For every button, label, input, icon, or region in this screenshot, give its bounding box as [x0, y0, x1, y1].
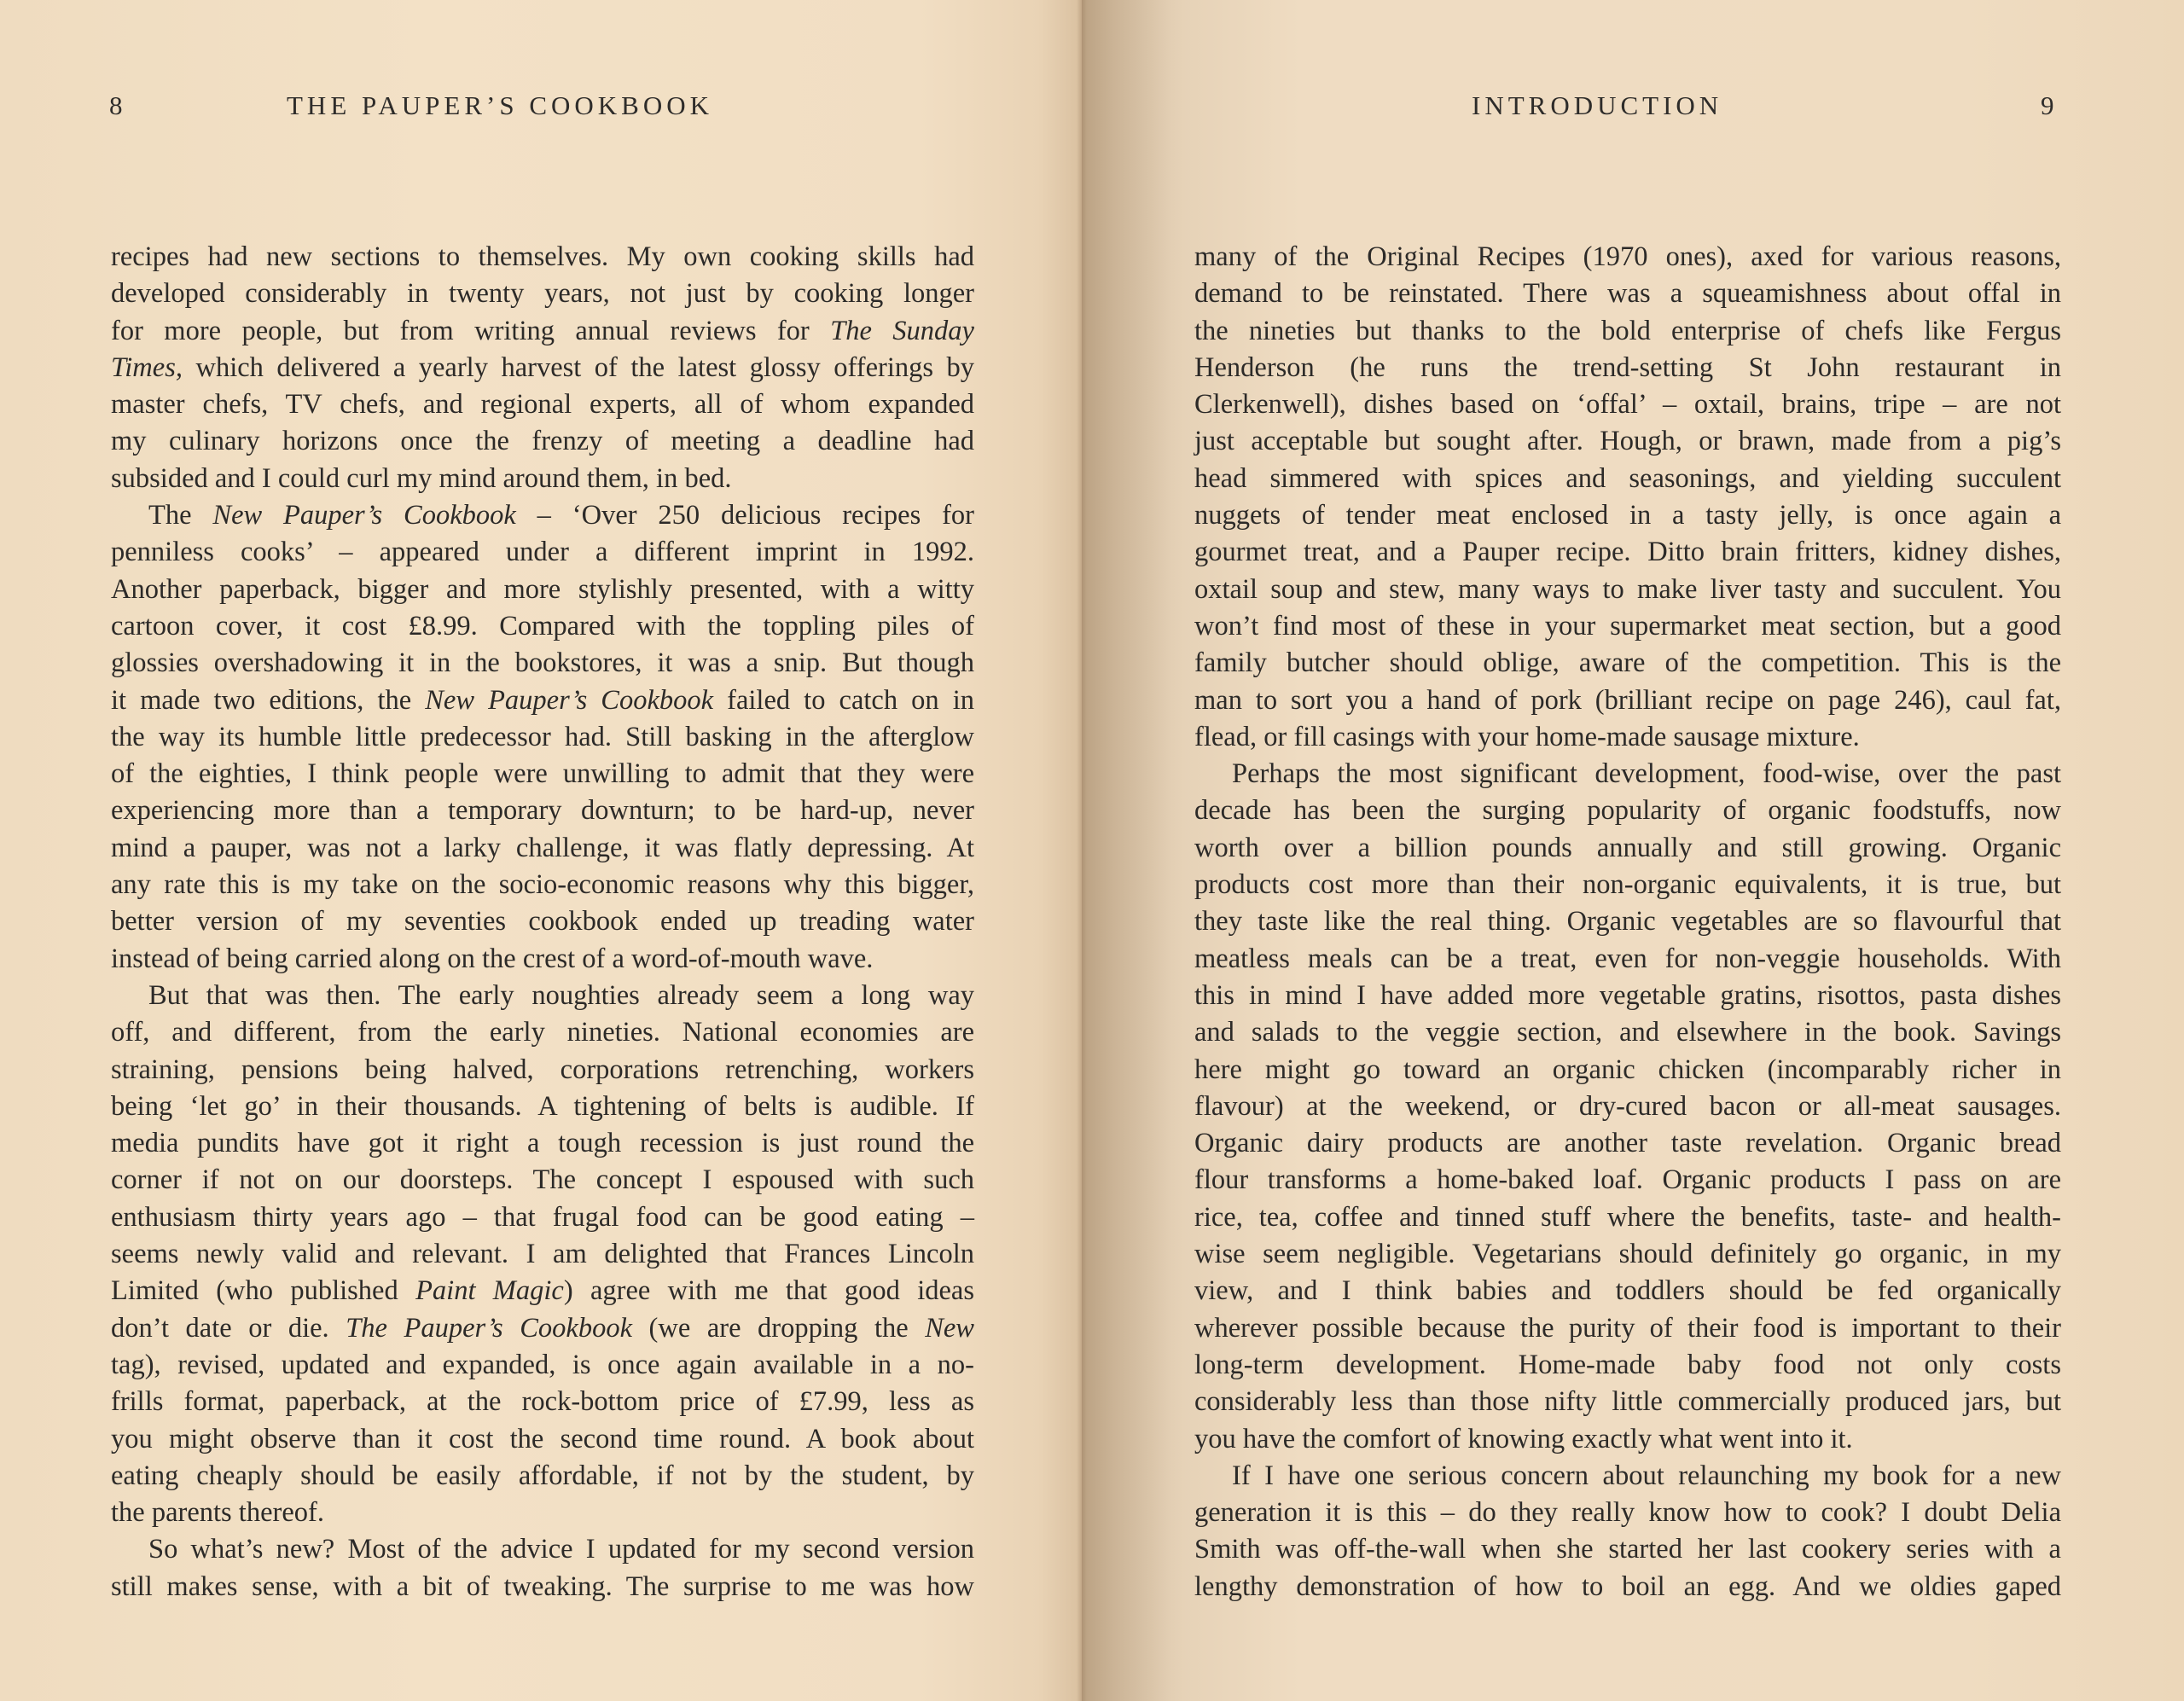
text-run: any rate this is my take on the socio-ec…: [111, 869, 974, 900]
text-line: many of the Original Recipes (1970 ones)…: [1194, 239, 2061, 276]
text-run: wherever possible because the purity of …: [1194, 1313, 2061, 1344]
text-line: generation it is this – do they really k…: [1194, 1495, 2061, 1531]
text-run: you have the comfort of knowing exactly …: [1194, 1424, 1853, 1454]
text-line: products cost more than their non-organi…: [1194, 867, 2061, 903]
italic-title: New Pauper’s Cookbook: [425, 685, 713, 716]
text-line: view, and I think babies and toddlers sh…: [1194, 1273, 2061, 1309]
text-line: it made two editions, the New Pauper’s C…: [111, 682, 974, 719]
text-run: still makes sense, with a bit of tweakin…: [111, 1571, 974, 1602]
running-head-left: THE PAUPER’S COOKBOOK: [287, 89, 713, 123]
italic-title: Times,: [111, 352, 183, 383]
text-run: (we are dropping the: [632, 1313, 925, 1344]
text-run: decade has been the surging popularity o…: [1194, 795, 2061, 826]
text-run: it made two editions, the: [111, 685, 425, 716]
text-line: corner if not on our doorsteps. The conc…: [111, 1162, 974, 1199]
text-run: of the eighties, I think people were unw…: [111, 758, 974, 789]
text-run: for more people, but from writing annual…: [111, 316, 830, 346]
text-run: won’t find most of these in your superma…: [1194, 611, 2061, 642]
text-line: flavour) at the weekend, or dry-cured ba…: [1194, 1089, 2061, 1125]
text-line: off, and different, from the early ninet…: [111, 1014, 974, 1051]
text-run: mind a pauper, was not a larky challenge…: [111, 833, 974, 863]
text-run: here might go toward an organic chicken …: [1194, 1054, 2061, 1085]
text-line: cartoon cover, it cost £8.99. Compared w…: [111, 608, 974, 645]
left-page: 8 THE PAUPER’S COOKBOOK recipes had new …: [0, 0, 1082, 1701]
text-run: this in mind I have added more vegetable…: [1194, 980, 2061, 1011]
text-run: better version of my seventies cookbook …: [111, 906, 974, 937]
italic-title: Paint Magic: [415, 1275, 564, 1306]
text-run: worth over a billion pounds annually and…: [1194, 833, 2061, 863]
text-line: family butcher should oblige, aware of t…: [1194, 645, 2061, 682]
text-line: the parents thereof.: [111, 1495, 974, 1531]
text-run: wise seem negligible. Vegetarians should…: [1194, 1239, 2061, 1269]
text-line: wise seem negligible. Vegetarians should…: [1194, 1236, 2061, 1273]
text-run: off, and different, from the early ninet…: [111, 1017, 974, 1048]
text-line: long-term development. Home-made baby fo…: [1194, 1347, 2061, 1384]
text-line: won’t find most of these in your superma…: [1194, 608, 2061, 645]
text-line: tag), revised, updated and expanded, is …: [111, 1347, 974, 1384]
text-line: But that was then. The early noughties a…: [111, 978, 974, 1014]
text-line: you have the comfort of knowing exactly …: [1194, 1421, 2061, 1458]
text-run: Limited (who published: [111, 1275, 415, 1306]
text-line: Henderson (he runs the trend-setting St …: [1194, 350, 2061, 386]
text-run: If I have one serious concern about rela…: [1232, 1460, 2061, 1491]
text-run: experiencing more than a temporary downt…: [111, 795, 974, 826]
text-line: of the eighties, I think people were unw…: [111, 756, 974, 792]
text-line: frills format, paperback, at the rock-bo…: [111, 1384, 974, 1420]
text-line: Perhaps the most significant development…: [1194, 756, 2061, 792]
text-run: the way its humble little predecessor ha…: [111, 722, 974, 752]
text-run: the parents thereof.: [111, 1497, 324, 1528]
text-run: enthusiasm thirty years ago – that fruga…: [111, 1202, 974, 1233]
text-line: Smith was off-the-wall when she started …: [1194, 1531, 2061, 1568]
text-line: Limited (who published Paint Magic) agre…: [111, 1273, 974, 1309]
text-line: my culinary horizons once the frenzy of …: [111, 423, 974, 460]
left-page-body: recipes had new sections to themselves. …: [111, 239, 974, 1605]
text-line: meatless meals can be a treat, even for …: [1194, 941, 2061, 978]
text-run: master chefs, TV chefs, and regional exp…: [111, 389, 974, 420]
text-line: flead, or fill casings with your home-ma…: [1194, 719, 2061, 756]
text-run: you might observe than it cost the secon…: [111, 1424, 974, 1454]
text-run: long-term development. Home-made baby fo…: [1194, 1350, 2061, 1380]
text-line: lengthy demonstration of how to boil an …: [1194, 1569, 2061, 1605]
text-run: Organic dairy products are another taste…: [1194, 1128, 2061, 1158]
text-line: the nineties but thanks to the bold ente…: [1194, 313, 2061, 350]
text-run: head simmered with spices and seasonings…: [1194, 463, 2061, 494]
text-run: instead of being carried along on the cr…: [111, 943, 873, 974]
text-line: worth over a billion pounds annually and…: [1194, 830, 2061, 867]
text-line: considerably less than those nifty littl…: [1194, 1384, 2061, 1420]
text-line: So what’s new? Most of the advice I upda…: [111, 1531, 974, 1568]
text-run: being ‘let go’ in their thousands. A tig…: [111, 1091, 974, 1122]
text-line: wherever possible because the purity of …: [1194, 1310, 2061, 1347]
text-run: glossies overshadowing it in the booksto…: [111, 647, 974, 678]
book-gutter: [1077, 0, 1087, 1701]
text-run: Perhaps the most significant development…: [1232, 758, 2061, 789]
text-line: glossies overshadowing it in the booksto…: [111, 645, 974, 682]
text-run: man to sort you a hand of pork (brillian…: [1194, 685, 2061, 716]
text-line: enthusiasm thirty years ago – that fruga…: [111, 1199, 974, 1236]
text-line: decade has been the surging popularity o…: [1194, 792, 2061, 829]
italic-title: New: [925, 1313, 974, 1344]
text-line: mind a pauper, was not a larky challenge…: [111, 830, 974, 867]
text-run: demand to be reinstated. There was a squ…: [1194, 278, 2061, 309]
text-line: eating cheaply should be easily affordab…: [111, 1458, 974, 1495]
text-run: the nineties but thanks to the bold ente…: [1194, 316, 2061, 346]
text-run: family butcher should oblige, aware of t…: [1194, 647, 2061, 678]
text-run: tag), revised, updated and expanded, is …: [111, 1350, 974, 1380]
text-line: seems newly valid and relevant. I am del…: [111, 1236, 974, 1273]
text-line: recipes had new sections to themselves. …: [111, 239, 974, 276]
running-head-right: INTRODUCTION: [1472, 89, 1722, 123]
text-run: nuggets of tender meat enclosed in a tas…: [1194, 500, 2061, 531]
text-run: lengthy demonstration of how to boil an …: [1194, 1571, 2061, 1602]
text-run: meatless meals can be a treat, even for …: [1194, 943, 2061, 974]
text-run: The: [148, 500, 212, 531]
text-run: developed considerably in twenty years, …: [111, 278, 974, 309]
text-line: demand to be reinstated. There was a squ…: [1194, 276, 2061, 312]
text-line: this in mind I have added more vegetable…: [1194, 978, 2061, 1014]
text-line: any rate this is my take on the socio-ec…: [111, 867, 974, 903]
text-run: ) agree with me that good ideas: [564, 1275, 974, 1306]
italic-title: The Pauper’s Cookbook: [346, 1313, 632, 1344]
text-run: Clerkenwell), dishes based on ‘offal’ – …: [1194, 389, 2061, 420]
book-spread: 8 THE PAUPER’S COOKBOOK recipes had new …: [0, 0, 2184, 1701]
text-line: Times, which delivered a yearly harvest …: [111, 350, 974, 386]
text-run: generation it is this – do they really k…: [1194, 1497, 2061, 1528]
text-run: corner if not on our doorsteps. The conc…: [111, 1164, 974, 1195]
text-line: Another paperback, bigger and more styli…: [111, 572, 974, 608]
page-number-left: 8: [109, 89, 123, 123]
text-run: rice, tea, coffee and tinned stuff where…: [1194, 1202, 2061, 1233]
text-line: man to sort you a hand of pork (brillian…: [1194, 682, 2061, 719]
text-run: don’t date or die.: [111, 1313, 346, 1344]
text-line: just acceptable but sought after. Hough,…: [1194, 423, 2061, 460]
text-line: experiencing more than a temporary downt…: [111, 792, 974, 829]
text-run: Another paperback, bigger and more styli…: [111, 574, 974, 605]
text-line: developed considerably in twenty years, …: [111, 276, 974, 312]
text-line: penniless cooks’ – appeared under a diff…: [111, 534, 974, 571]
text-run: which delivered a yearly harvest of the …: [183, 352, 974, 383]
text-line: Organic dairy products are another taste…: [1194, 1125, 2061, 1162]
text-run: straining, pensions being halved, corpor…: [111, 1054, 974, 1085]
text-line: gourmet treat, and a Pauper recipe. Ditt…: [1194, 534, 2061, 571]
text-line: oxtail soup and stew, many ways to make …: [1194, 572, 2061, 608]
text-line: don’t date or die. The Pauper’s Cookbook…: [111, 1310, 974, 1347]
text-run: flour transforms a home-baked loaf. Orga…: [1194, 1164, 2061, 1195]
text-run: – ‘Over 250 delicious recipes for: [516, 500, 974, 531]
text-run: So what’s new? Most of the advice I upda…: [148, 1534, 974, 1565]
text-line: better version of my seventies cookbook …: [111, 903, 974, 940]
text-run: considerably less than those nifty littl…: [1194, 1386, 2061, 1417]
text-run: penniless cooks’ – appeared under a diff…: [111, 537, 974, 567]
text-line: the way its humble little predecessor ha…: [111, 719, 974, 756]
text-line: flour transforms a home-baked loaf. Orga…: [1194, 1162, 2061, 1199]
text-run: flavour) at the weekend, or dry-cured ba…: [1194, 1091, 2061, 1122]
text-line: they taste like the real thing. Organic …: [1194, 903, 2061, 940]
text-line: instead of being carried along on the cr…: [111, 941, 974, 978]
italic-title: The Sunday: [830, 316, 974, 346]
text-run: Henderson (he runs the trend-setting St …: [1194, 352, 2061, 383]
text-run: cartoon cover, it cost £8.99. Compared w…: [111, 611, 974, 642]
text-line: subsided and I could curl my mind around…: [111, 461, 974, 497]
text-line: head simmered with spices and seasonings…: [1194, 461, 2061, 497]
text-line: still makes sense, with a bit of tweakin…: [111, 1569, 974, 1605]
text-line: and salads to the veggie section, and el…: [1194, 1014, 2061, 1051]
text-run: view, and I think babies and toddlers sh…: [1194, 1275, 2061, 1306]
text-line: nuggets of tender meat enclosed in a tas…: [1194, 497, 2061, 534]
text-run: eating cheaply should be easily affordab…: [111, 1460, 974, 1491]
text-line: rice, tea, coffee and tinned stuff where…: [1194, 1199, 2061, 1236]
text-run: recipes had new sections to themselves. …: [111, 241, 974, 272]
text-run: just acceptable but sought after. Hough,…: [1194, 426, 2061, 456]
text-run: my culinary horizons once the frenzy of …: [111, 426, 974, 456]
text-line: you might observe than it cost the secon…: [111, 1421, 974, 1458]
page-number-right: 9: [2041, 89, 2054, 123]
right-page: INTRODUCTION 9 many of the Original Reci…: [1082, 0, 2184, 1701]
text-line: being ‘let go’ in their thousands. A tig…: [111, 1089, 974, 1125]
right-page-body: many of the Original Recipes (1970 ones)…: [1194, 239, 2061, 1605]
text-run: media pundits have got it right a tough …: [111, 1128, 974, 1158]
text-line: If I have one serious concern about rela…: [1194, 1458, 2061, 1495]
text-run: products cost more than their non-organi…: [1194, 869, 2061, 900]
text-run: oxtail soup and stew, many ways to make …: [1194, 574, 2061, 605]
text-line: master chefs, TV chefs, and regional exp…: [111, 386, 974, 423]
text-run: seems newly valid and relevant. I am del…: [111, 1239, 974, 1269]
text-line: media pundits have got it right a tough …: [111, 1125, 974, 1162]
text-run: Smith was off-the-wall when she started …: [1194, 1534, 2061, 1565]
text-line: Clerkenwell), dishes based on ‘offal’ – …: [1194, 386, 2061, 423]
text-line: here might go toward an organic chicken …: [1194, 1052, 2061, 1089]
text-run: failed to catch on in: [713, 685, 974, 716]
text-line: for more people, but from writing annual…: [111, 313, 974, 350]
text-run: But that was then. The early noughties a…: [148, 980, 974, 1011]
text-line: straining, pensions being halved, corpor…: [111, 1052, 974, 1089]
text-line: The New Pauper’s Cookbook – ‘Over 250 de…: [111, 497, 974, 534]
text-run: frills format, paperback, at the rock-bo…: [111, 1386, 974, 1417]
text-run: they taste like the real thing. Organic …: [1194, 906, 2061, 937]
text-run: gourmet treat, and a Pauper recipe. Ditt…: [1194, 537, 2061, 567]
text-run: flead, or fill casings with your home-ma…: [1194, 722, 1860, 752]
text-run: and salads to the veggie section, and el…: [1194, 1017, 2061, 1048]
text-run: subsided and I could curl my mind around…: [111, 463, 732, 494]
italic-title: New Pauper’s Cookbook: [212, 500, 515, 531]
text-run: many of the Original Recipes (1970 ones)…: [1194, 241, 2061, 272]
